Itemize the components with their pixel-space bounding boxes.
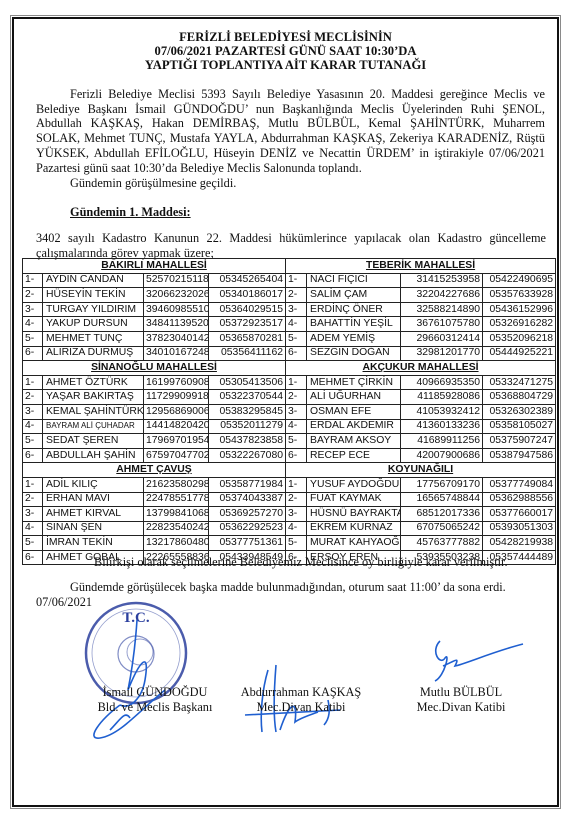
row-number: 3- bbox=[286, 404, 307, 419]
phone-number: 05369257270 bbox=[209, 507, 286, 522]
id-number: 13799841068 bbox=[144, 507, 209, 522]
table-row: 5-İMRAN TEKİN13217860480053777513615-MUR… bbox=[23, 536, 556, 551]
phone-number: 05368804729 bbox=[483, 390, 556, 405]
person-name: YAKUP DURSUN bbox=[43, 317, 144, 332]
row-number: 1- bbox=[286, 273, 307, 288]
row-number: 2- bbox=[286, 288, 307, 303]
closing-text: Gündemde görüşülecek başka madde bulunma… bbox=[36, 580, 545, 595]
table-row: 1-AYDIN CANDAN52570215118053452654041-NA… bbox=[23, 273, 556, 288]
id-number: 12956869006 bbox=[144, 404, 209, 419]
phone-number: 05340186017 bbox=[209, 288, 286, 303]
phone-number: 05356411162 bbox=[209, 346, 286, 361]
row-number: 2- bbox=[23, 288, 43, 303]
row-number: 4- bbox=[23, 521, 43, 536]
signature-president: İsmail GÜNDOĞDU Bld. ve Meclis Başkanı bbox=[90, 685, 220, 714]
phone-number: 05326916282 bbox=[483, 317, 556, 332]
id-number: 21623580298 bbox=[144, 477, 209, 492]
signature-role: Bld. ve Meclis Başkanı bbox=[90, 700, 220, 715]
title-line-1: FERİZLİ BELEDİYESİ MECLİSİNİN bbox=[14, 30, 557, 44]
id-number: 68512017336 bbox=[401, 507, 483, 522]
intro-paragraph: Ferizli Belediye Meclisi 5393 Sayılı Bel… bbox=[36, 87, 545, 175]
phone-number: 05345265404 bbox=[209, 273, 286, 288]
person-name: ALİRIZA DURMUŞ bbox=[43, 346, 144, 361]
phone-number: 05377749084 bbox=[483, 477, 556, 492]
expert-list-table: BAKIRLI MAHALLESİTEBERİK MAHALLESİ1-AYDI… bbox=[22, 258, 556, 565]
signature-name: İsmail GÜNDOĞDU bbox=[90, 685, 220, 700]
person-name: FUAT KAYMAK bbox=[307, 492, 401, 507]
person-name: ERDAL AKDEMİR bbox=[307, 419, 401, 434]
phone-number: 05364029515 bbox=[209, 302, 286, 317]
signature-clerk-2: Mutlu BÜLBÜL Mec.Divan Katibi bbox=[401, 685, 521, 714]
table-row: 2-HÜSEYİN TEKİN32066232026053401860172-S… bbox=[23, 288, 556, 303]
phone-number: 05326302389 bbox=[483, 404, 556, 419]
section-header-row: AHMET ÇAVUŞKOYUNAĞILI bbox=[23, 463, 556, 478]
neighborhood-heading: AKÇUKUR MAHALLESİ bbox=[286, 361, 556, 376]
phone-number: 05322267080 bbox=[209, 448, 286, 463]
decision-text: Bilirkişi olarak seçilmelerine Belediyem… bbox=[94, 555, 508, 570]
id-number: 52570215118 bbox=[144, 273, 209, 288]
phone-number: 05322370544 bbox=[209, 390, 286, 405]
phone-number: 05428219938 bbox=[483, 536, 556, 551]
table-row: 1-AHMET ÖZTÜRK16199760908053054135061-ME… bbox=[23, 375, 556, 390]
table-row: 3-KEMAL ŞAHİNTÜRK12956869006053832958453… bbox=[23, 404, 556, 419]
signature-role: Mec.Divan Katibi bbox=[236, 700, 366, 715]
agenda-opening: Gündemin görüşülmesine geçildi. bbox=[70, 176, 236, 191]
person-name: ERDİNÇ ÖNER bbox=[307, 302, 401, 317]
row-number: 4- bbox=[23, 419, 43, 434]
person-name: BAYRAM AKSOY bbox=[307, 434, 401, 449]
phone-number: 05374043387 bbox=[209, 492, 286, 507]
row-number: 1- bbox=[23, 273, 43, 288]
id-number: 22823540242 bbox=[144, 521, 209, 536]
person-name: MURAT KAHYAOĞLU bbox=[307, 536, 401, 551]
person-name: SEZGİN DOĞAN bbox=[307, 346, 401, 361]
row-number: 2- bbox=[286, 390, 307, 405]
person-name: ADEM YEMİŞ bbox=[307, 331, 401, 346]
row-number: 5- bbox=[286, 536, 307, 551]
agenda-item-text: 3402 sayılı Kadastro Kanunun 22. Maddesi… bbox=[36, 231, 546, 260]
table-row: 3-AHMET KIRVAL13799841068053692572703-HÜ… bbox=[23, 507, 556, 522]
person-name: MEHMET TUNÇ bbox=[43, 331, 144, 346]
phone-number: 05377660017 bbox=[483, 507, 556, 522]
person-name: SİNAN ŞEN bbox=[43, 521, 144, 536]
row-number: 2- bbox=[23, 390, 43, 405]
phone-number: 05357633928 bbox=[483, 288, 556, 303]
row-number: 3- bbox=[286, 507, 307, 522]
person-name: SALİM ÇAM bbox=[307, 288, 401, 303]
phone-number: 05332471275 bbox=[483, 375, 556, 390]
table-row: 6-ABDULLAH ŞAHİN67597047702053222670806-… bbox=[23, 448, 556, 463]
row-number: 3- bbox=[23, 507, 43, 522]
person-name: ALİ UĞURHAN bbox=[307, 390, 401, 405]
id-number: 39460985510 bbox=[144, 302, 209, 317]
id-number: 42007900686 bbox=[401, 448, 483, 463]
phone-number: 05352096218 bbox=[483, 331, 556, 346]
phone-number: 05437823858 bbox=[209, 434, 286, 449]
row-number: 5- bbox=[23, 331, 43, 346]
id-number: 32981201770 bbox=[401, 346, 483, 361]
row-number: 4- bbox=[286, 419, 307, 434]
table-row: 1-ADİL KILIÇ21623580298053587719841-YUSU… bbox=[23, 477, 556, 492]
id-number: 16199760908 bbox=[144, 375, 209, 390]
table-row: 2-YAŞAR BAKIRTAŞ11729909918053223705442-… bbox=[23, 390, 556, 405]
row-number: 4- bbox=[23, 317, 43, 332]
id-number: 40966935350 bbox=[401, 375, 483, 390]
person-name: BAYRAM ALİ ÇUHADAR bbox=[43, 419, 144, 434]
id-number: 34841139520 bbox=[144, 317, 209, 332]
id-number: 41689911256 bbox=[401, 434, 483, 449]
phone-number: 05362292523 bbox=[209, 521, 286, 536]
row-number: 3- bbox=[23, 302, 43, 317]
person-name: İMRAN TEKİN bbox=[43, 536, 144, 551]
person-name: ABDULLAH ŞAHİN bbox=[43, 448, 144, 463]
signature-scribble-icon bbox=[80, 610, 180, 745]
row-number: 1- bbox=[23, 375, 43, 390]
person-name: AHMET ÖZTÜRK bbox=[43, 375, 144, 390]
phone-number: 05383295845 bbox=[209, 404, 286, 419]
row-number: 1- bbox=[23, 477, 43, 492]
row-number: 5- bbox=[286, 331, 307, 346]
person-name: YAŞAR BAKIRTAŞ bbox=[43, 390, 144, 405]
row-number: 6- bbox=[23, 448, 43, 463]
row-number: 3- bbox=[23, 404, 43, 419]
row-number: 4- bbox=[286, 317, 307, 332]
id-number: 34010167248 bbox=[144, 346, 209, 361]
id-number: 22478551778 bbox=[144, 492, 209, 507]
phone-number: 05375907247 bbox=[483, 434, 556, 449]
row-number: 6- bbox=[23, 550, 43, 565]
id-number: 41053932412 bbox=[401, 404, 483, 419]
id-number: 41360133236 bbox=[401, 419, 483, 434]
title-line-2: 07/06/2021 PAZARTESİ GÜNÜ SAAT 10:30’DA bbox=[14, 44, 557, 58]
phone-number: 05352011279 bbox=[209, 419, 286, 434]
person-name: RECEP ECE bbox=[307, 448, 401, 463]
person-name: BAHATTİN YEŞİL bbox=[307, 317, 401, 332]
signature-scribble-icon bbox=[415, 636, 525, 686]
id-number: 32204227686 bbox=[401, 288, 483, 303]
person-name: AYDIN CANDAN bbox=[43, 273, 144, 288]
section-header-row: BAKIRLI MAHALLESİTEBERİK MAHALLESİ bbox=[23, 259, 556, 274]
phone-number: 05393051303 bbox=[483, 521, 556, 536]
phone-number: 05436152996 bbox=[483, 302, 556, 317]
signature-name: Mutlu BÜLBÜL bbox=[401, 685, 521, 700]
row-number: 1- bbox=[286, 375, 307, 390]
row-number: 3- bbox=[286, 302, 307, 317]
phone-number: 05372923517 bbox=[209, 317, 286, 332]
table-row: 4-YAKUP DURSUN34841139520053729235174-BA… bbox=[23, 317, 556, 332]
neighborhood-heading: AHMET ÇAVUŞ bbox=[23, 463, 286, 478]
table-row: 2-ERHAN MAVİ22478551778053740433872-FUAT… bbox=[23, 492, 556, 507]
row-number: 5- bbox=[23, 434, 43, 449]
row-number: 1- bbox=[286, 477, 307, 492]
signature-clerk-1: Abdurrahman KAŞKAŞ Mec.Divan Katibi bbox=[236, 685, 366, 714]
id-number: 11729909918 bbox=[144, 390, 209, 405]
id-number: 41185928086 bbox=[401, 390, 483, 405]
id-number: 29660312414 bbox=[401, 331, 483, 346]
phone-number: 05365870281 bbox=[209, 331, 286, 346]
table-row: 5-SEDAT ŞEREN17969701954054378238585-BAY… bbox=[23, 434, 556, 449]
phone-number: 05362988556 bbox=[483, 492, 556, 507]
title-line-3: YAPTIĞI TOPLANTIYA AİT KARAR TUTANAĞI bbox=[14, 58, 557, 72]
document-title: FERİZLİ BELEDİYESİ MECLİSİNİN 07/06/2021… bbox=[14, 30, 557, 72]
person-name: EKREM KURNAZ bbox=[307, 521, 401, 536]
person-name: TURGAY YILDIRIM bbox=[43, 302, 144, 317]
person-name: HÜSEYİN TEKİN bbox=[43, 288, 144, 303]
id-number: 36761075780 bbox=[401, 317, 483, 332]
row-number: 5- bbox=[286, 434, 307, 449]
person-name: SEDAT ŞEREN bbox=[43, 434, 144, 449]
person-name: AHMET KIRVAL bbox=[43, 507, 144, 522]
phone-number: 05387947586 bbox=[483, 448, 556, 463]
table-row: 5-MEHMET TUNÇ37823040142053658702815-ADE… bbox=[23, 331, 556, 346]
id-number: 67075065242 bbox=[401, 521, 483, 536]
row-number: 6- bbox=[286, 346, 307, 361]
person-name: HÜSNÜ BAYRAKTAR bbox=[307, 507, 401, 522]
neighborhood-heading: SİNANOĞLU MAHALLESİ bbox=[23, 361, 286, 376]
phone-number: 05377751361 bbox=[209, 536, 286, 551]
row-number: 4- bbox=[286, 521, 307, 536]
person-name: ERHAN MAVİ bbox=[43, 492, 144, 507]
id-number: 17969701954 bbox=[144, 434, 209, 449]
id-number: 14414820420 bbox=[144, 419, 209, 434]
person-name: OSMAN EFE bbox=[307, 404, 401, 419]
person-name: NACİ FIÇICI bbox=[307, 273, 401, 288]
phone-number: 05422490695 bbox=[483, 273, 556, 288]
signature-role: Mec.Divan Katibi bbox=[401, 700, 521, 715]
row-number: 2- bbox=[23, 492, 43, 507]
agenda-item-heading: Gündemin 1. Maddesi: bbox=[70, 205, 191, 220]
phone-number: 05358771984 bbox=[209, 477, 286, 492]
id-number: 67597047702 bbox=[144, 448, 209, 463]
table-row: 3-TURGAY YILDIRIM39460985510053640295153… bbox=[23, 302, 556, 317]
row-number: 2- bbox=[286, 492, 307, 507]
id-number: 16565748844 bbox=[401, 492, 483, 507]
person-name: YUSUF AYDOĞDU bbox=[307, 477, 401, 492]
id-number: 32588214890 bbox=[401, 302, 483, 317]
person-name: ADİL KILIÇ bbox=[43, 477, 144, 492]
id-number: 13217860480 bbox=[144, 536, 209, 551]
row-number: 6- bbox=[286, 448, 307, 463]
row-number: 5- bbox=[23, 536, 43, 551]
phone-number: 05358105027 bbox=[483, 419, 556, 434]
section-header-row: SİNANOĞLU MAHALLESİAKÇUKUR MAHALLESİ bbox=[23, 361, 556, 376]
table-row: 4-SİNAN ŞEN22823540242053622925234-EKREM… bbox=[23, 521, 556, 536]
neighborhood-heading: TEBERİK MAHALLESİ bbox=[286, 259, 556, 274]
id-number: 45763777882 bbox=[401, 536, 483, 551]
neighborhood-heading: KOYUNAĞILI bbox=[286, 463, 556, 478]
table-row: 4-BAYRAM ALİ ÇUHADAR14414820420053520112… bbox=[23, 419, 556, 434]
id-number: 31415253958 bbox=[401, 273, 483, 288]
signature-name: Abdurrahman KAŞKAŞ bbox=[236, 685, 366, 700]
person-name: MEHMET ÇİRKİN bbox=[307, 375, 401, 390]
id-number: 17756709170 bbox=[401, 477, 483, 492]
person-name: KEMAL ŞAHİNTÜRK bbox=[43, 404, 144, 419]
id-number: 32066232026 bbox=[144, 288, 209, 303]
id-number: 37823040142 bbox=[144, 331, 209, 346]
row-number: 6- bbox=[23, 346, 43, 361]
table-row: 6-ALİRIZA DURMUŞ34010167248053564111626-… bbox=[23, 346, 556, 361]
phone-number: 05305413506 bbox=[209, 375, 286, 390]
neighborhood-heading: BAKIRLI MAHALLESİ bbox=[23, 259, 286, 274]
phone-number: 05444925221 bbox=[483, 346, 556, 361]
